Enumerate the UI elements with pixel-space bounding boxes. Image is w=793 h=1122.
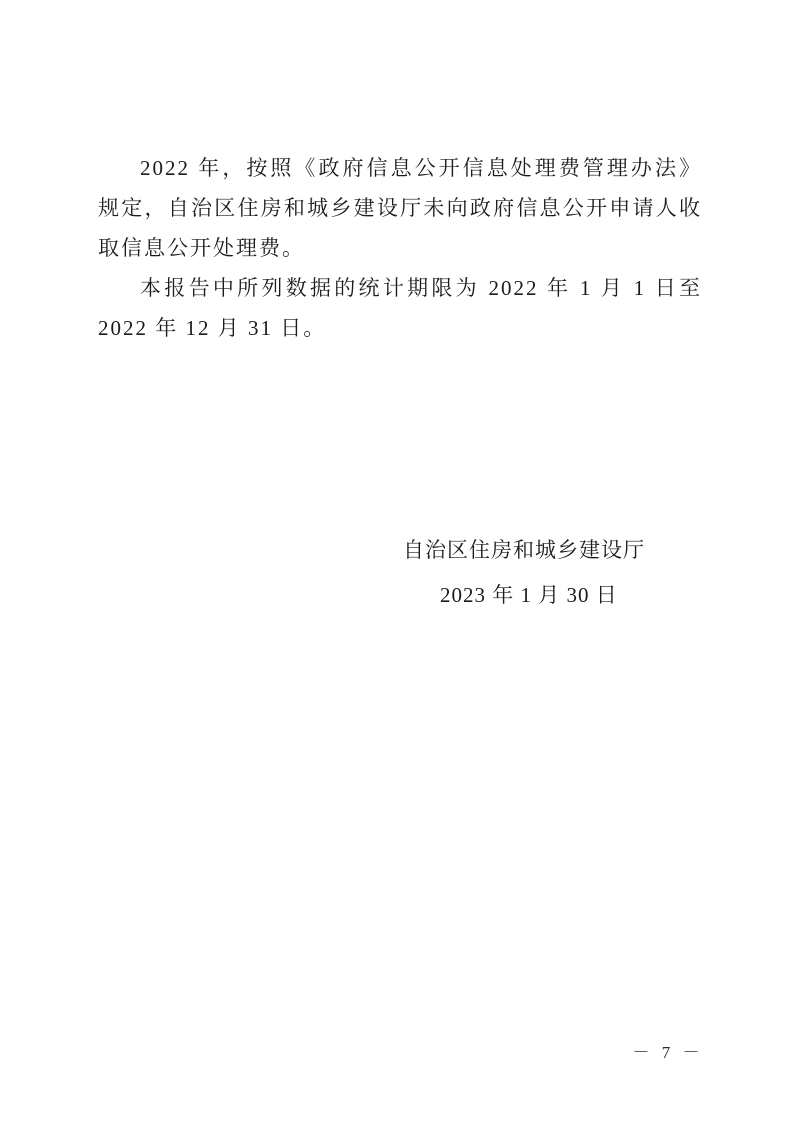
document-body: 2022 年，按照《政府信息公开信息处理费管理办法》规定，自治区住房和城乡建设厅… [98, 148, 702, 348]
document-page: 2022 年，按照《政府信息公开信息处理费管理办法》规定，自治区住房和城乡建设厅… [0, 0, 793, 1122]
page-number: － 7 － [598, 1038, 738, 1063]
signature-organization: 自治区住房和城乡建设厅 [403, 534, 645, 564]
paragraph-statistics-period: 本报告中所列数据的统计期限为 2022 年 1 月 1 日至 2022 年 12… [98, 268, 702, 348]
paragraph-fee-statement: 2022 年，按照《政府信息公开信息处理费管理办法》规定，自治区住房和城乡建设厅… [98, 148, 702, 268]
signature-block: 自治区住房和城乡建设厅 2023 年 1 月 30 日 [403, 534, 645, 609]
signature-date: 2023 年 1 月 30 日 [440, 579, 645, 609]
